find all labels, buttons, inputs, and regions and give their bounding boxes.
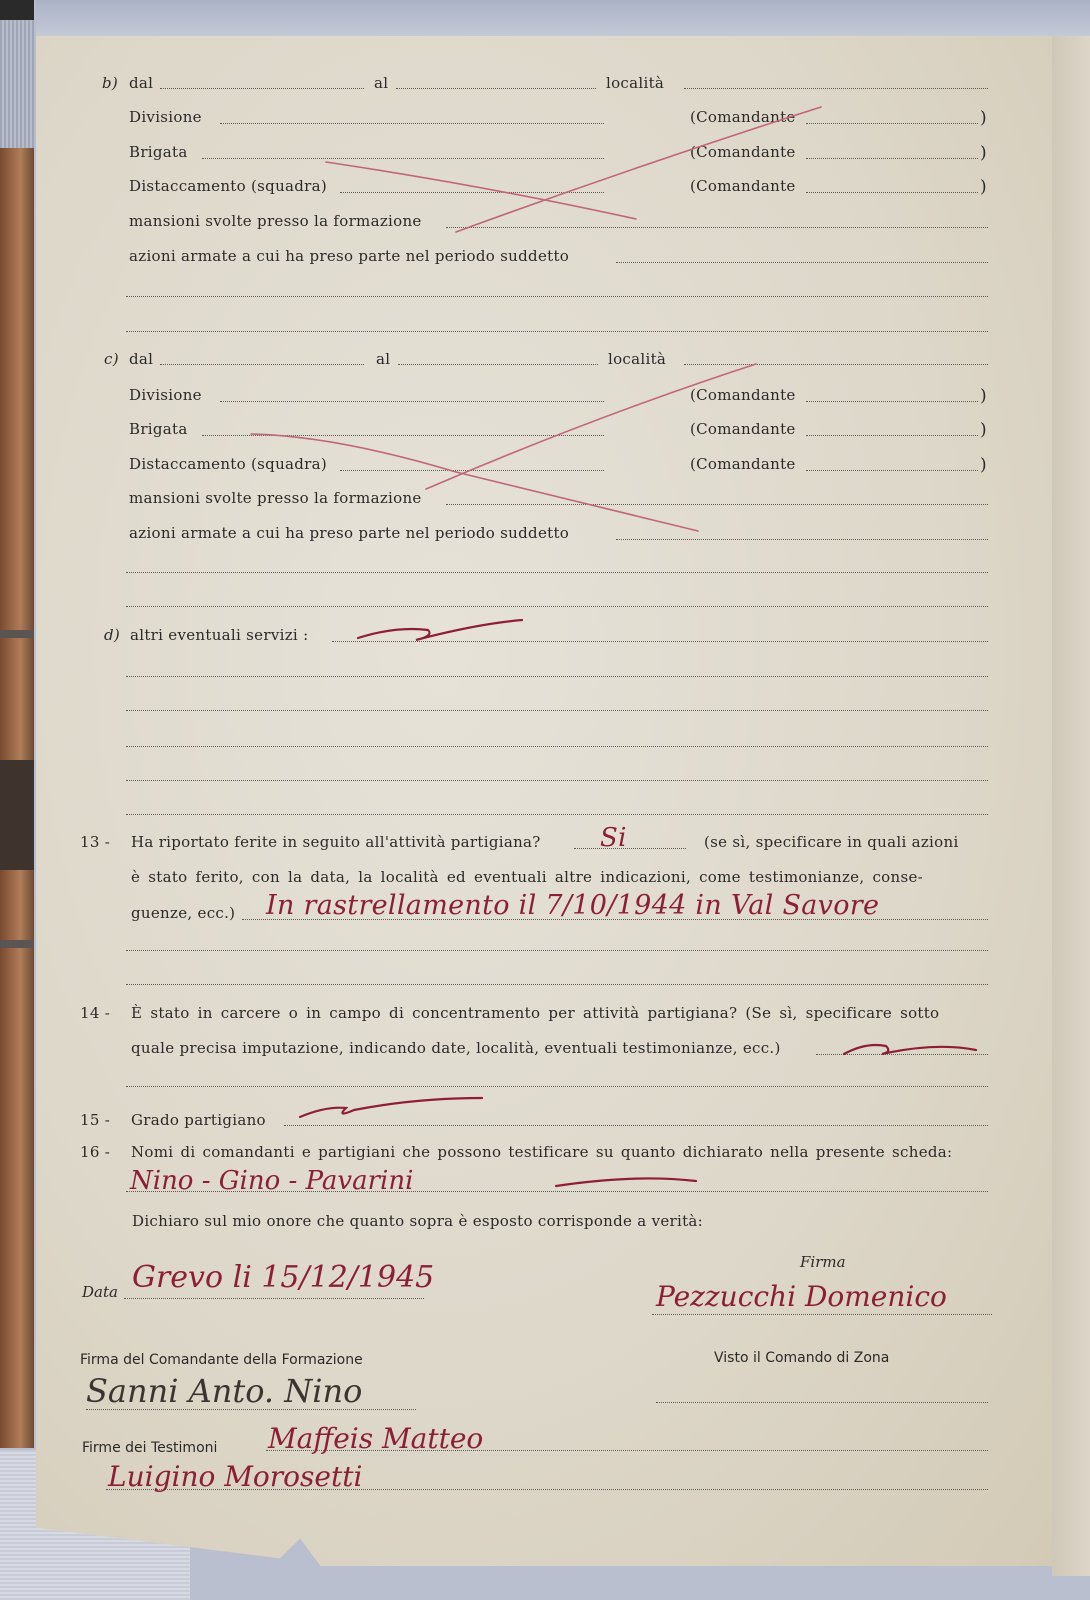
- q13-answer-field[interactable]: [574, 848, 686, 849]
- mansioni-label: mansioni svolte presso la formazione: [129, 212, 422, 230]
- al-field[interactable]: [396, 88, 596, 89]
- comandante-label: (Comandante: [690, 108, 796, 126]
- brigata-label: Brigata: [129, 143, 188, 161]
- close-paren: ): [980, 420, 987, 440]
- dal-label: dal: [129, 74, 153, 92]
- strike-through-marks: [36, 36, 1052, 1566]
- distaccamento-label: Distaccamento (squadra): [129, 177, 327, 195]
- divisione-label: Divisione: [129, 108, 202, 126]
- distaccamento-label: Distaccamento (squadra): [129, 455, 327, 473]
- comandante-field[interactable]: [806, 158, 978, 159]
- divisione-field[interactable]: [220, 123, 604, 124]
- background-cloth: [0, 0, 36, 150]
- azioni-field[interactable]: [616, 262, 988, 263]
- azioni-extra-line[interactable]: [126, 572, 988, 573]
- q14-question-line2: quale precisa imputazione, indicando dat…: [131, 1039, 781, 1057]
- comandante-label: (Comandante: [690, 420, 796, 438]
- altri-servizi-line[interactable]: [126, 676, 988, 677]
- q13-question-line2: è stato ferito, con la data, la località…: [131, 868, 923, 886]
- q15-label: Grado partigiano: [131, 1111, 266, 1129]
- brigata-label: Brigata: [129, 420, 188, 438]
- localita-label: località: [608, 350, 666, 368]
- q16-number: 16 -: [80, 1143, 110, 1161]
- binder-dark-section: [0, 760, 34, 870]
- close-paren: ): [980, 455, 987, 475]
- binder-band: [0, 630, 34, 638]
- binder-band: [0, 940, 34, 948]
- dal-label: dal: [129, 350, 153, 368]
- distaccamento-field[interactable]: [340, 470, 604, 471]
- divisione-field[interactable]: [220, 401, 604, 402]
- comandante-label: (Comandante: [690, 455, 796, 473]
- close-paren: ): [980, 143, 987, 163]
- data-label: Data: [82, 1283, 118, 1301]
- comandante-field[interactable]: [806, 435, 978, 436]
- divisione-label: Divisione: [129, 386, 202, 404]
- background-ribbon: [0, 0, 1090, 36]
- localita-field[interactable]: [684, 364, 988, 365]
- q13-question-line3: guenze, ecc.): [131, 904, 235, 922]
- comandante-field[interactable]: [806, 192, 978, 193]
- close-paren: ): [980, 386, 987, 406]
- firma-signature: Pezzucchi Domenico: [656, 1280, 947, 1313]
- altri-servizi-line[interactable]: [126, 746, 988, 747]
- section-b-marker: b): [102, 74, 118, 92]
- comandante-label: (Comandante: [690, 177, 796, 195]
- comandante-label: (Comandante: [690, 143, 796, 161]
- adjacent-page: [1052, 36, 1090, 1576]
- q16-label: Nomi di comandanti e partigiani che poss…: [131, 1143, 952, 1161]
- data-handwritten: Grevo li 15/12/1945: [132, 1260, 434, 1295]
- q13-details-handwritten: In rastrellamento il 7/10/1944 in Val Sa…: [266, 890, 879, 921]
- dal-field[interactable]: [160, 364, 364, 365]
- commander-signature: Sanni Anto. Nino: [86, 1372, 362, 1410]
- altri-servizi-line[interactable]: [126, 710, 988, 711]
- q15-number: 15 -: [80, 1111, 110, 1129]
- localita-label: località: [606, 74, 664, 92]
- q16-trailing-stroke: [556, 1178, 696, 1186]
- document-page: b) dal al località Divisione (Comandante…: [36, 36, 1052, 1566]
- section-c-marker: c): [104, 350, 119, 368]
- azioni-field[interactable]: [616, 539, 988, 540]
- section-d-dash-mark: [358, 620, 522, 640]
- background-corner: [0, 0, 34, 20]
- firma-field[interactable]: [652, 1314, 992, 1315]
- q14-number: 14 -: [80, 1004, 110, 1022]
- q16-handwritten: Nino - Gino - Pavarini: [130, 1166, 413, 1196]
- zona-field[interactable]: [656, 1402, 988, 1403]
- localita-field[interactable]: [684, 88, 988, 89]
- mansioni-field[interactable]: [446, 504, 988, 505]
- al-label: al: [374, 74, 388, 92]
- azioni-extra-line[interactable]: [126, 606, 988, 607]
- q13-extra-line[interactable]: [126, 950, 988, 951]
- q15-dash-mark: [300, 1098, 482, 1117]
- mansioni-field[interactable]: [446, 227, 988, 228]
- azioni-extra-line[interactable]: [126, 331, 988, 332]
- comandante-field[interactable]: [806, 401, 978, 402]
- q14-field[interactable]: [816, 1054, 988, 1055]
- azioni-label: azioni armate a cui ha preso parte nel p…: [129, 524, 569, 542]
- brigata-field[interactable]: [202, 435, 604, 436]
- section-c-strike-1: [251, 434, 698, 531]
- q13-number: 13 -: [80, 833, 110, 851]
- comandante-field[interactable]: [806, 123, 978, 124]
- declaration-text: Dichiaro sul mio onore che quanto sopra …: [132, 1212, 703, 1230]
- azioni-label: azioni armate a cui ha preso parte nel p…: [129, 247, 569, 265]
- altri-servizi-line[interactable]: [126, 814, 988, 815]
- firma-label: Firma: [800, 1253, 846, 1271]
- data-field[interactable]: [124, 1298, 424, 1299]
- dal-field[interactable]: [160, 88, 364, 89]
- altri-servizi-line[interactable]: [126, 780, 988, 781]
- comandante-label: (Comandante: [690, 386, 796, 404]
- distaccamento-field[interactable]: [340, 192, 604, 193]
- witness-2-signature: Luigino Morosetti: [108, 1460, 362, 1493]
- al-label: al: [376, 350, 390, 368]
- altri-servizi-field[interactable]: [332, 641, 988, 642]
- q13-answer-handwritten: Si: [600, 823, 627, 853]
- zona-label: Visto il Comando di Zona: [714, 1350, 889, 1366]
- commander-label: Firma del Comandante della Formazione: [80, 1352, 363, 1368]
- close-paren: ): [980, 177, 987, 197]
- q14-dash-mark: [844, 1045, 976, 1054]
- brigata-field[interactable]: [202, 158, 604, 159]
- witnesses-label: Firme dei Testimoni: [82, 1440, 217, 1456]
- section-d-marker: d): [104, 626, 120, 644]
- close-paren: ): [980, 108, 987, 128]
- q13-extra-line[interactable]: [126, 984, 988, 985]
- altri-servizi-label: altri eventuali servizi :: [130, 626, 308, 644]
- azioni-extra-line[interactable]: [126, 296, 988, 297]
- q14-question: È stato in carcere o in campo di concent…: [131, 1004, 939, 1022]
- comandante-field[interactable]: [806, 470, 978, 471]
- section-b-strike-1: [326, 162, 636, 219]
- q13-question: Ha riportato ferite in seguito all'attiv…: [131, 833, 541, 851]
- q13-question-cont: (se sì, specificare in quali azioni: [704, 833, 959, 851]
- witness-1-signature: Maffeis Matteo: [268, 1422, 483, 1455]
- grado-field[interactable]: [284, 1125, 988, 1126]
- mansioni-label: mansioni svolte presso la formazione: [129, 489, 422, 507]
- al-field[interactable]: [398, 364, 598, 365]
- q14-extra-line[interactable]: [126, 1086, 988, 1087]
